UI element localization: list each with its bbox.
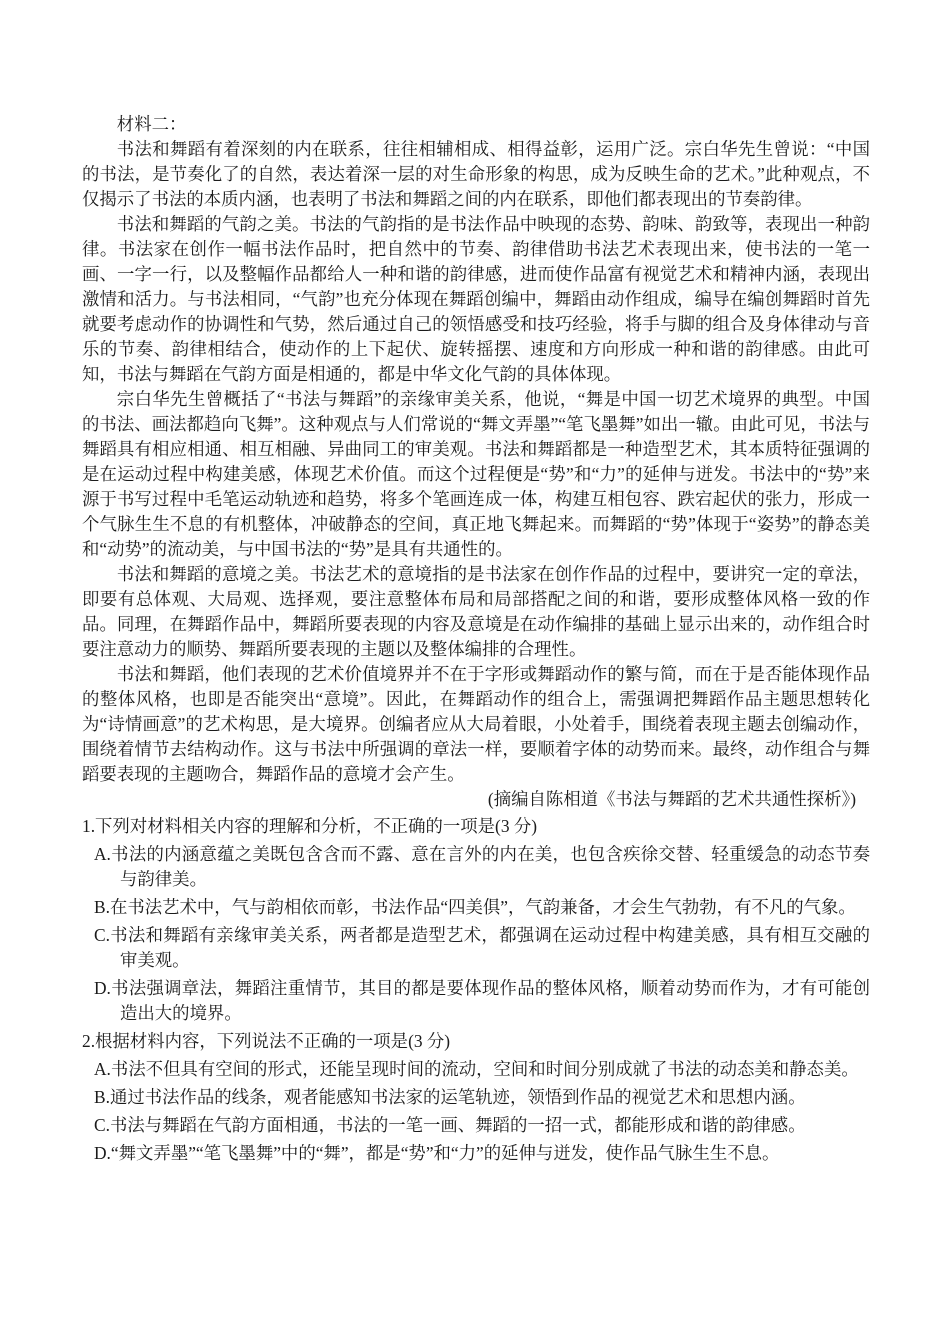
option-text: 书法不但具有空间的形式，还能呈现时间的流动，空间和时间分别成就了书法的动态美和静… xyxy=(111,1059,859,1079)
option-label: B. xyxy=(94,897,110,917)
option-label: A. xyxy=(94,1059,111,1079)
paragraph-3: 宗白华先生曾概括了“书法与舞蹈”的亲缘审美关系，他说，“舞是中国一切艺术境界的典… xyxy=(82,387,870,562)
paragraph-1: 书法和舞蹈有着深刻的内在联系，往往相辅相成、相得益彰，运用广泛。宗白华先生曾说：… xyxy=(82,137,870,212)
source-attribution: (摘编自陈相道《书法与舞蹈的艺术共通性探析》) xyxy=(82,787,870,812)
option-text: 书法强调章法，舞蹈注重情节，其目的都是要体现作品的整体风格，顺着动势而作为，才有… xyxy=(111,978,870,1023)
question-1-option-b: B.在书法艺术中，气与韵相依而彰，书法作品“四美俱”，气韵兼备，才会生气勃勃，有… xyxy=(82,895,870,920)
option-text: 书法与舞蹈在气韵方面相通，书法的一笔一画、舞蹈的一招一式，都能形成和谐的韵律感。 xyxy=(110,1115,806,1135)
option-label: C. xyxy=(94,1115,110,1135)
question-2: 2.根据材料内容，下列说法不正确的一项是(3 分) A.书法不但具有空间的形式，… xyxy=(82,1029,870,1166)
option-text: 书法和舞蹈有亲缘审美关系，两者都是造型艺术，都强调在运动过程中构建美感，具有相互… xyxy=(110,925,870,970)
option-text: 在书法艺术中，气与韵相依而彰，书法作品“四美俱”，气韵兼备，才会生气勃勃，有不凡… xyxy=(110,897,856,917)
option-label: D. xyxy=(94,978,111,998)
material-label: 材料二： xyxy=(82,112,870,137)
option-text: 通过书法作品的线条，观者能感知书法家的运笔轨迹，领悟到作品的视觉艺术和思想内涵。 xyxy=(110,1087,806,1107)
question-1-option-c: C.书法和舞蹈有亲缘审美关系，两者都是造型艺术，都强调在运动过程中构建美感，具有… xyxy=(82,923,870,973)
paragraph-2: 书法和舞蹈的气韵之美。书法的气韵指的是书法作品中映现的态势、韵味、韵致等，表现出… xyxy=(82,212,870,387)
question-1-option-d: D.书法强调章法，舞蹈注重情节，其目的都是要体现作品的整体风格，顺着动势而作为，… xyxy=(82,976,870,1026)
document-page: 材料二： 书法和舞蹈有着深刻的内在联系，往往相辅相成、相得益彰，运用广泛。宗白华… xyxy=(0,0,950,1344)
question-2-option-c: C.书法与舞蹈在气韵方面相通，书法的一笔一画、舞蹈的一招一式，都能形成和谐的韵律… xyxy=(82,1113,870,1138)
paragraph-4: 书法和舞蹈的意境之美。书法艺术的意境指的是书法家在创作作品的过程中，要讲究一定的… xyxy=(82,562,870,662)
question-2-option-b: B.通过书法作品的线条，观者能感知书法家的运笔轨迹，领悟到作品的视觉艺术和思想内… xyxy=(82,1085,870,1110)
question-1: 1.下列对材料相关内容的理解和分析，不正确的一项是(3 分) A.书法的内涵意蕴… xyxy=(82,814,870,1026)
option-label: B. xyxy=(94,1087,110,1107)
question-1-stem: 1.下列对材料相关内容的理解和分析，不正确的一项是(3 分) xyxy=(82,814,870,839)
option-label: D. xyxy=(94,1143,111,1163)
option-text: “舞文弄墨”“笔飞墨舞”中的“舞”，都是“势”和“力”的延伸与迸发，使作品气脉生… xyxy=(111,1143,779,1163)
question-2-stem: 2.根据材料内容，下列说法不正确的一项是(3 分) xyxy=(82,1029,870,1054)
paragraph-5: 书法和舞蹈，他们表现的艺术价值境界并不在于字形或舞蹈动作的繁与简，而在于是否能体… xyxy=(82,662,870,787)
option-label: A. xyxy=(94,844,111,864)
question-2-option-a: A.书法不但具有空间的形式，还能呈现时间的流动，空间和时间分别成就了书法的动态美… xyxy=(82,1057,870,1082)
option-label: C. xyxy=(94,925,110,945)
question-1-option-a: A.书法的内涵意蕴之美既包含含而不露、意在言外的内在美，也包含疾徐交替、轻重缓急… xyxy=(82,842,870,892)
question-2-option-d: D.“舞文弄墨”“笔飞墨舞”中的“舞”，都是“势”和“力”的延伸与迸发，使作品气… xyxy=(82,1141,870,1166)
option-text: 书法的内涵意蕴之美既包含含而不露、意在言外的内在美，也包含疾徐交替、轻重缓急的动… xyxy=(111,844,870,889)
